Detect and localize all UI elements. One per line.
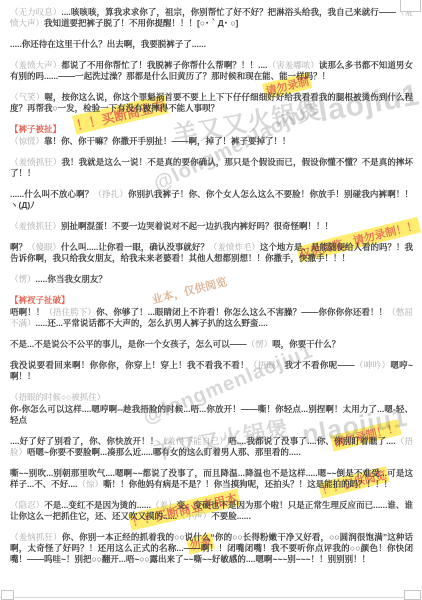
dialogue-text: 别扯啊混蛋！不要一边哭着说对不起一边扒我内裤好吗？很奇怪啊！！！ — [61, 221, 333, 231]
page-break-cell-bottom-right — [404, 590, 421, 600]
script-paragraph: （羞愤抓狂）别扯啊混蛋！不要一边哭着说对不起一边扒我内裤好吗？很奇怪啊！！！ — [10, 221, 413, 232]
tone-note: （害羞嘟哝） — [268, 60, 319, 70]
tone-note: （羞愤抓狂） — [10, 221, 61, 231]
tone-note: （羞愤大声） — [10, 60, 61, 70]
script-paragraph: （羞恼抓狂）你、你别一本正经的抓着我的○○说什么“你的○○长得粉嫩干净又好看，○… — [10, 532, 413, 565]
tone-note: （小声） — [177, 511, 211, 521]
dialogue-text: 我没说要看回来啊！你你你，你穿上！穿上！我不看我不看！ — [10, 360, 249, 370]
dialogue-text: 你-你怎么可以这样....嗯哼啊--趁我捂脸的时候...唔...你放开！——嘶！… — [10, 404, 413, 425]
dialogue-text: 我才不看你呢—— — [284, 360, 354, 370]
tone-note: （羞得不能自己） — [159, 436, 228, 446]
page-break-cell-top-right — [400, 0, 421, 12]
tone-note: （愣） — [247, 339, 273, 349]
script-paragraph: ....好了好了别看了，你、你快放开！！（羞得不能自己）唔....我都说了没事了… — [10, 436, 413, 458]
dialogue-text: ....咳咳咳，算我求求你了，祖宗，你别帮忙了好不好？把淋浴头给我，我自己来就行… — [61, 7, 396, 17]
tone-note: （气笑） — [10, 92, 44, 102]
script-paragraph: （捂眼的时候○○被抓住） — [10, 392, 413, 403]
script-paragraph: 我没说要看回来啊！你你你，你穿上！穿上！我不看我不看！（捂眼）我才不看你呢——（… — [10, 360, 413, 382]
script-paragraph: ......什么叫不放心啊？（挣扎）你别扒我裤子！你、你个女人怎么这么不要脸！你… — [10, 189, 413, 211]
script-paragraph: （无力叹息）....咳咳咳，算我求求你了，祖宗，你别帮忙了好不好？把淋浴头给我，… — [10, 7, 413, 29]
dialogue-text: 喂，你要干什么？ — [272, 339, 340, 349]
tone-note: （无力叹息） — [10, 7, 61, 17]
page-break-cell-bottom-left — [1, 590, 14, 600]
script-paragraph: （羞愤抓狂）我！我就是这么一说！不是真的要你确认，那只是个假设而已，假设你懂不懂… — [10, 157, 413, 179]
tone-note: （惊慌） — [10, 136, 44, 146]
dialogue-text: .....你当我女朋友？ — [36, 274, 107, 284]
dialogue-text: 啊？ — [10, 242, 27, 252]
dialogue-text: 【裤子被扯】 — [10, 124, 61, 134]
dialogue-text: ....好了好了别看了，你、你快放开！！ — [10, 436, 159, 446]
dialogue-text: 嘶！！你他妈有病是不是？！你当摸狗呢，还拍头？！这是能拍的吗？！！！ — [103, 479, 392, 489]
section-header: 【裤子被扯】 — [10, 124, 413, 135]
dialogue-text: 不要脸...... — [211, 511, 251, 521]
script-paragraph: 不是...不是说公不公平的事儿，是你一个女孩子，怎么可以——（愣）喂，你要干什么… — [10, 339, 413, 350]
dialogue-text: 我知道要把裤子脱了！不用你提醒！！！[○･｀Д･ ○] — [44, 18, 238, 28]
dialogue-text: 你、你别一本正经的抓着我的○○说什么“你的○○长得粉嫩干净又好看，○○圆润很饱满… — [10, 532, 413, 564]
tone-note: （挣扎） — [93, 189, 128, 199]
dialogue-text: 不是...变红不是因为烫的...... — [44, 500, 151, 510]
tone-note: （傻眼） — [27, 242, 61, 252]
script-paragraph: 嘶~~别吹...别朝那里吹气....嗯啊~~都说了没事了，而且降温...降温也不… — [10, 468, 413, 490]
script-text-area: （无力叹息）....咳咳咳，算我求求你了，祖宗，你别帮忙了好不好？把淋浴头给我，… — [10, 7, 413, 575]
tone-note: （捂住胯下） — [44, 307, 96, 317]
tone-note: （愣） — [10, 274, 36, 284]
tone-note: （羞） — [151, 500, 177, 510]
dialogue-text: .....你还待在这里干什么？出去啊，我要脱裤子了...... — [10, 39, 206, 49]
tone-note: （惊） — [78, 479, 104, 489]
script-paragraph: （愣）.....你当我女朋友？ — [10, 274, 413, 285]
dialogue-text: .....还...平常说话都不大声的，怎么扒男人裤子扒的这么野蛮.... — [36, 318, 268, 328]
dialogue-text: 我！我就是这么一说！不是真的要你确认，那只是个假设而已，假设你懂不懂？不是真的摔… — [10, 157, 413, 178]
tone-note: （呻吟） — [355, 360, 391, 370]
dialogue-text: 唔啊！！ — [10, 307, 44, 317]
dialogue-text: 唔....我都说了没事了....你、你别盯着瞧了.... — [228, 436, 396, 446]
dialogue-text: 都说了不用你帮忙了！我脱裤子你帮什么帮啊？！！.... — [61, 60, 267, 70]
script-paragraph: （羞愤大声）都说了不用你帮忙了！我脱裤子你帮什么帮啊？！！....（害羞嘟哝）读… — [10, 60, 413, 82]
dialogue-text: 什么叫.....让你看一眼，确认没事就好？ — [61, 242, 209, 252]
tone-note: （羞愤炸毛） — [209, 242, 260, 252]
next-page-top-border — [0, 597, 422, 598]
dialogue-text: 你、你够了！...眼睛闭上不许看！你怎么这么不害臊？——你你你你还看！！ — [96, 307, 387, 317]
tone-note: （捂眼的时候○○被抓住） — [10, 392, 105, 402]
script-paragraph: 你-你怎么可以这样....嗯哼啊--趁我捂脸的时候...唔...你放开！——嘶！… — [10, 404, 413, 426]
dialogue-text: ......什么叫不放心啊？ — [10, 189, 93, 199]
tone-note: （捂眼） — [249, 360, 284, 370]
script-paragraph: （惊慌）靠！你、你干嘛？你撒开手别扯！——啊，掉了！裤子要掉了！！ — [10, 136, 413, 147]
dialogue-text: 靠！你、你干嘛？你撒开手别扯！——啊，掉了！裤子要掉了！！ — [44, 136, 291, 146]
tone-note: （羞恼抓狂） — [10, 532, 62, 542]
dialogue-text: 喔，按你这么说，你这个罪魁祸首要不要上上下下仔仔细细好好给我看看我的腿根被烫伤到… — [10, 92, 413, 113]
script-paragraph: 啊？（傻眼）什么叫.....让你看一眼，确认没事就好？（羞愤炸毛）这个地方是、是… — [10, 242, 413, 264]
script-paragraph: .....你还待在这里干什么？出去啊，我要脱裤子了...... — [10, 39, 413, 50]
script-paragraph: （气笑）喔，按你这么说，你这个罪魁祸首要不要上上下下仔仔细细好好给我看看我的腿根… — [10, 92, 413, 114]
script-paragraph: （隐忍）不是...变红不是因为烫的......（羞）变、变硬也不是因为那个啦！只… — [10, 500, 413, 522]
script-paragraph: 唔啊！！（捂住胯下）你、你够了！...眼睛闭上不许看！你怎么这么不害臊？——你你… — [10, 307, 413, 329]
dialogue-text: 不是...不是说公不公平的事儿，是你一个女孩子，怎么可以—— — [10, 339, 247, 349]
dialogue-text: 唔嗯~你要不要脸啊...凑那么近.....哪有女的这么盯着男人那、那里看的...… — [27, 447, 301, 457]
dialogue-text: 【裤衩子扯破】 — [10, 295, 70, 305]
section-header: 【裤衩子扯破】 — [10, 295, 413, 306]
tone-note: （隐忍） — [10, 500, 44, 510]
tone-note: （羞愤抓狂） — [10, 157, 61, 167]
